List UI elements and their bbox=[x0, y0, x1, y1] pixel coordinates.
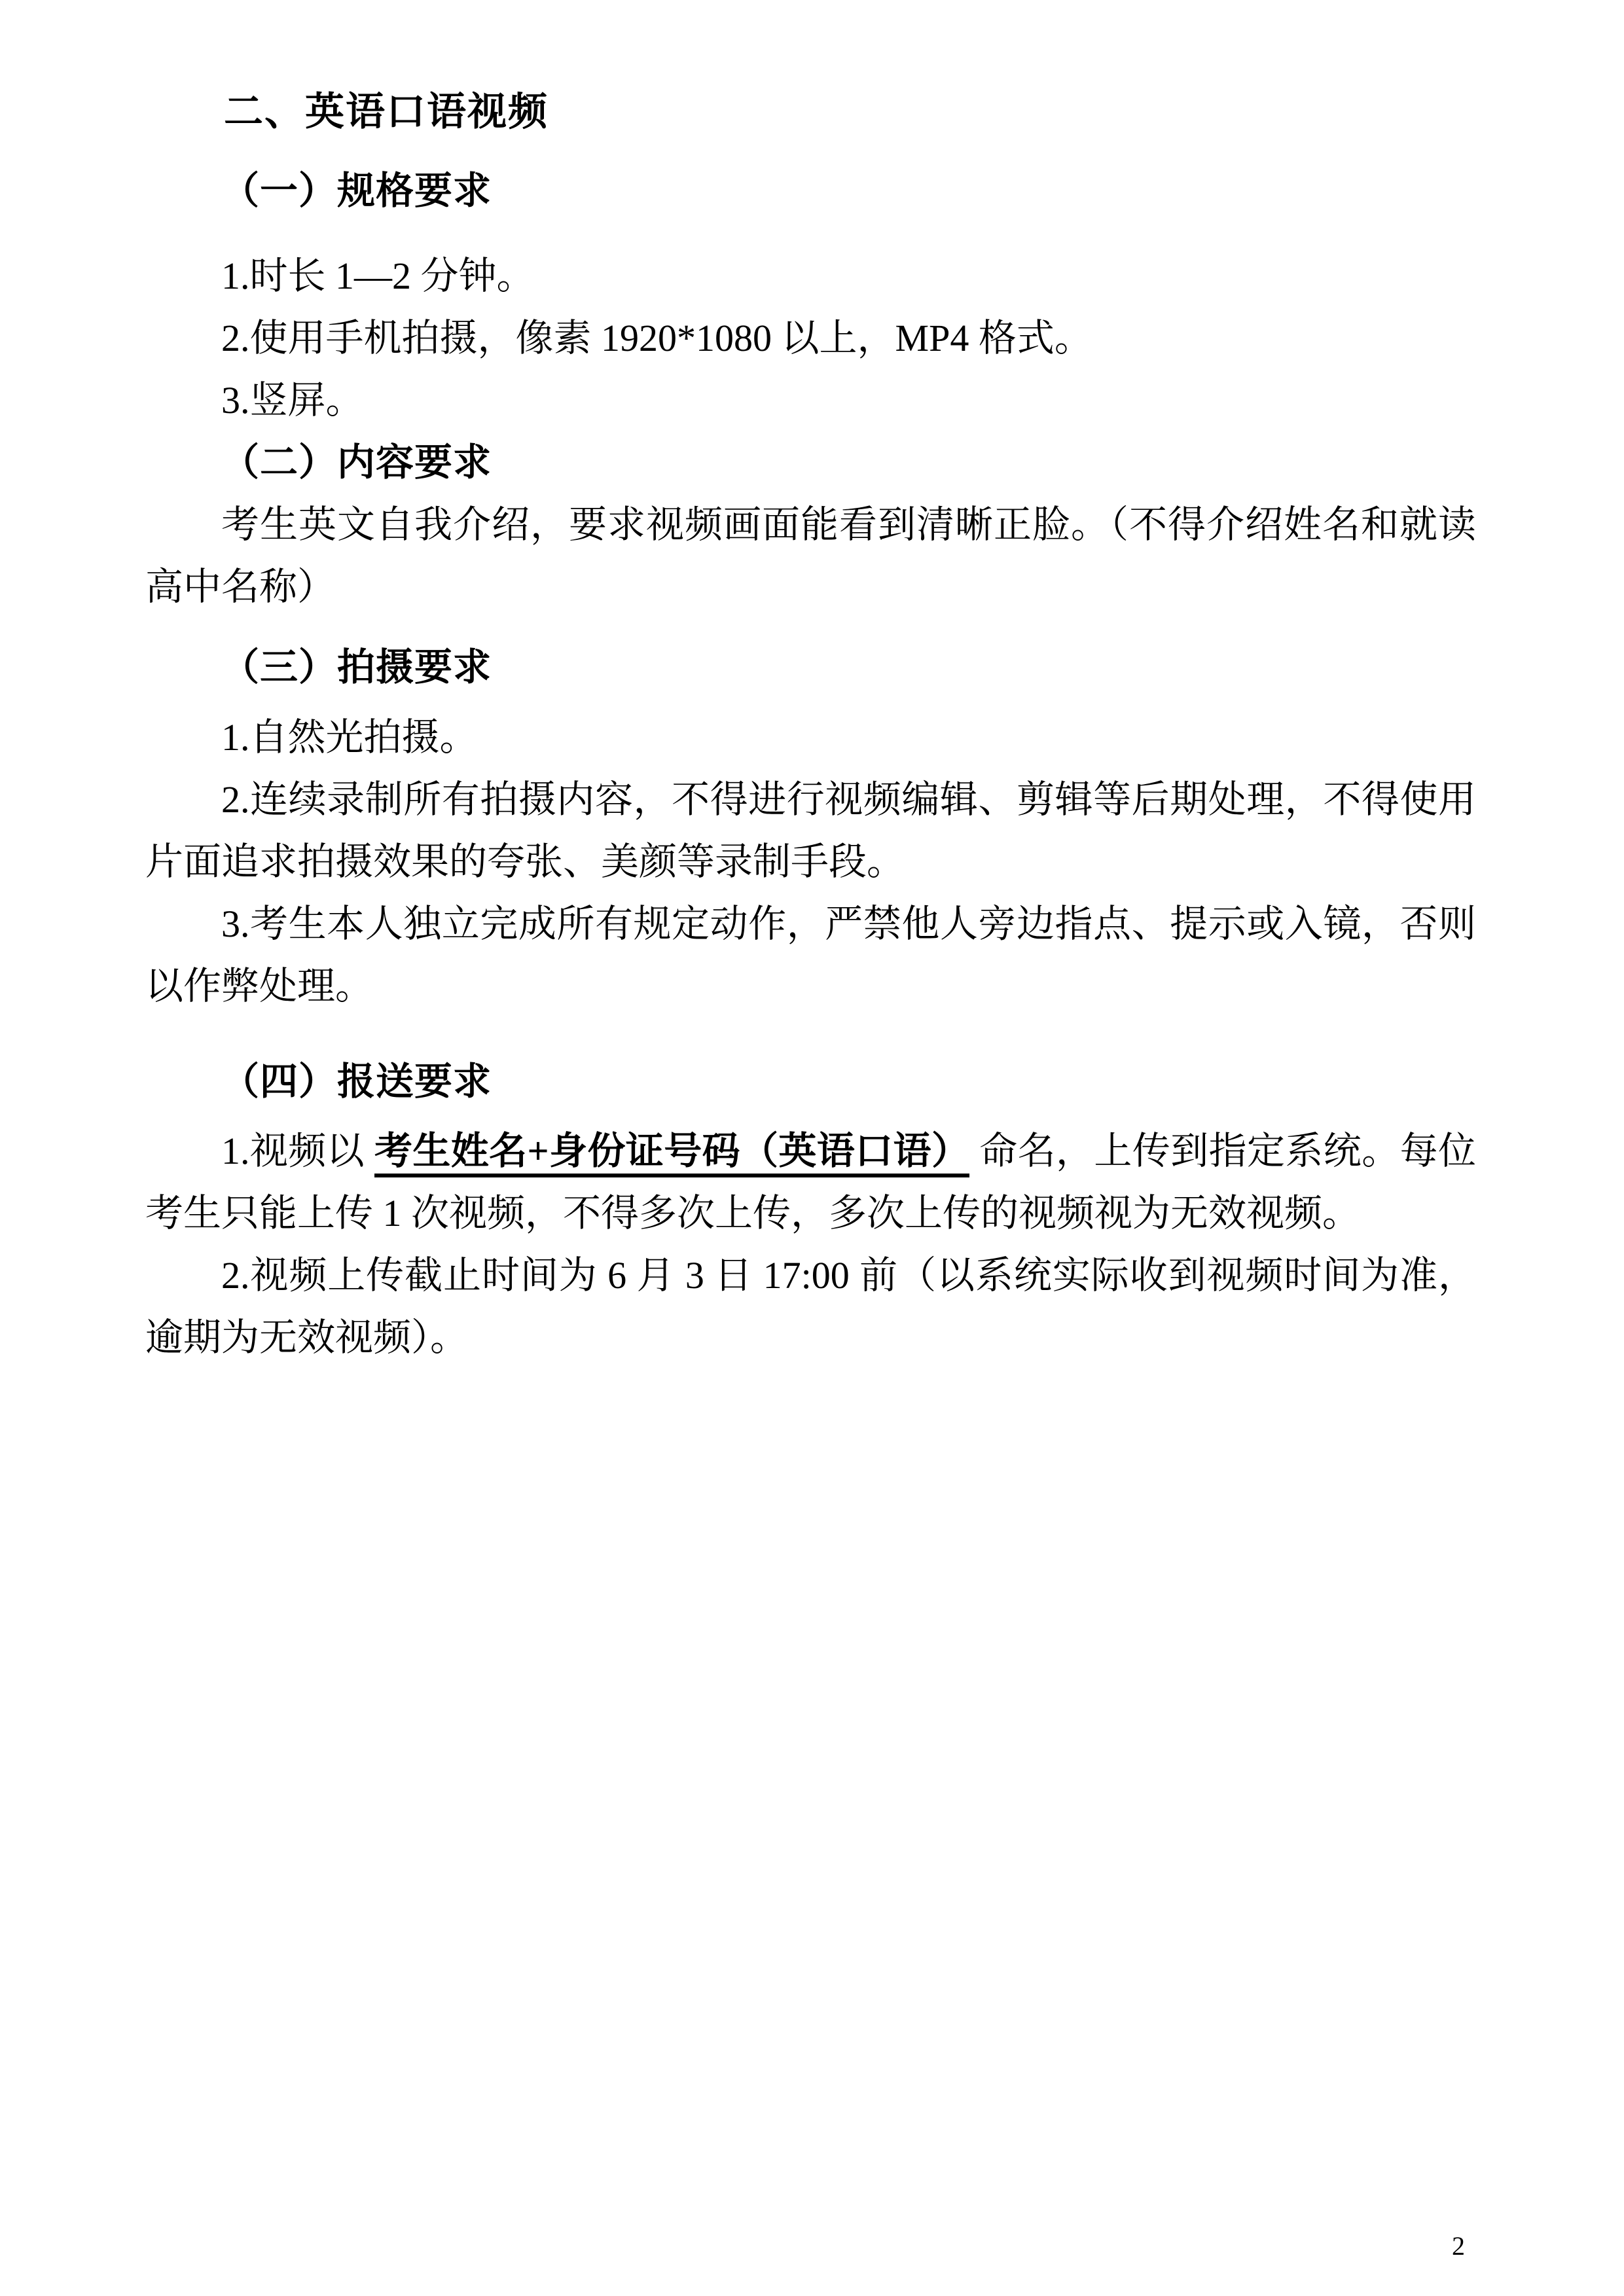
filming-item-independent: 3.考生本人独立完成所有规定动作，严禁他人旁边指点、提示或入镜，否则以作弊处理。 bbox=[145, 893, 1476, 1017]
filming-item-no-editing: 2.连续录制所有拍摄内容，不得进行视频编辑、剪辑等后期处理，不得使用片面追求拍摄… bbox=[145, 768, 1476, 893]
page-number: 2 bbox=[1452, 2232, 1465, 2261]
content-requirement-paragraph: 考生英文自我介绍，要求视频画面能看到清晰正脸。（不得介绍姓名和就读高中名称） bbox=[145, 493, 1476, 618]
spec-item-orientation: 3.竖屏。 bbox=[145, 369, 1476, 431]
section-heading-content: （二）内容要求 bbox=[145, 431, 1476, 493]
document-page: 二、英语口语视频 （一）规格要求 1.时长 1—2 分钟。 2.使用手机拍摄，像… bbox=[0, 0, 1624, 2296]
filming-item-lighting: 1.自然光拍摄。 bbox=[145, 706, 1476, 768]
document-title: 二、英语口语视频 bbox=[145, 81, 1476, 143]
section-heading-filming: （三）拍摄要求 bbox=[145, 636, 1476, 698]
spec-item-resolution: 2.使用手机拍摄，像素 1920*1080 以上，MP4 格式。 bbox=[145, 307, 1476, 369]
naming-prefix-text: 1.视频以 bbox=[221, 1130, 374, 1172]
submission-item-deadline: 2.视频上传截止时间为 6 月 3 日 17:00 前（以系统实际收到视频时间为… bbox=[145, 1244, 1476, 1369]
spec-item-duration: 1.时长 1—2 分钟。 bbox=[145, 245, 1476, 307]
section-heading-submission: （四）报送要求 bbox=[145, 1050, 1476, 1113]
document-content: 二、英语口语视频 （一）规格要求 1.时长 1—2 分钟。 2.使用手机拍摄，像… bbox=[145, 81, 1476, 1369]
submission-item-naming: 1.视频以 考生姓名+身份证号码（英语口语） 命名，上传到指定系统。每位考生只能… bbox=[145, 1120, 1476, 1244]
section-heading-specs: （一）规格要求 bbox=[145, 160, 1476, 222]
naming-convention-emphasis: 考生姓名+身份证号码（英语口语） bbox=[374, 1130, 969, 1177]
